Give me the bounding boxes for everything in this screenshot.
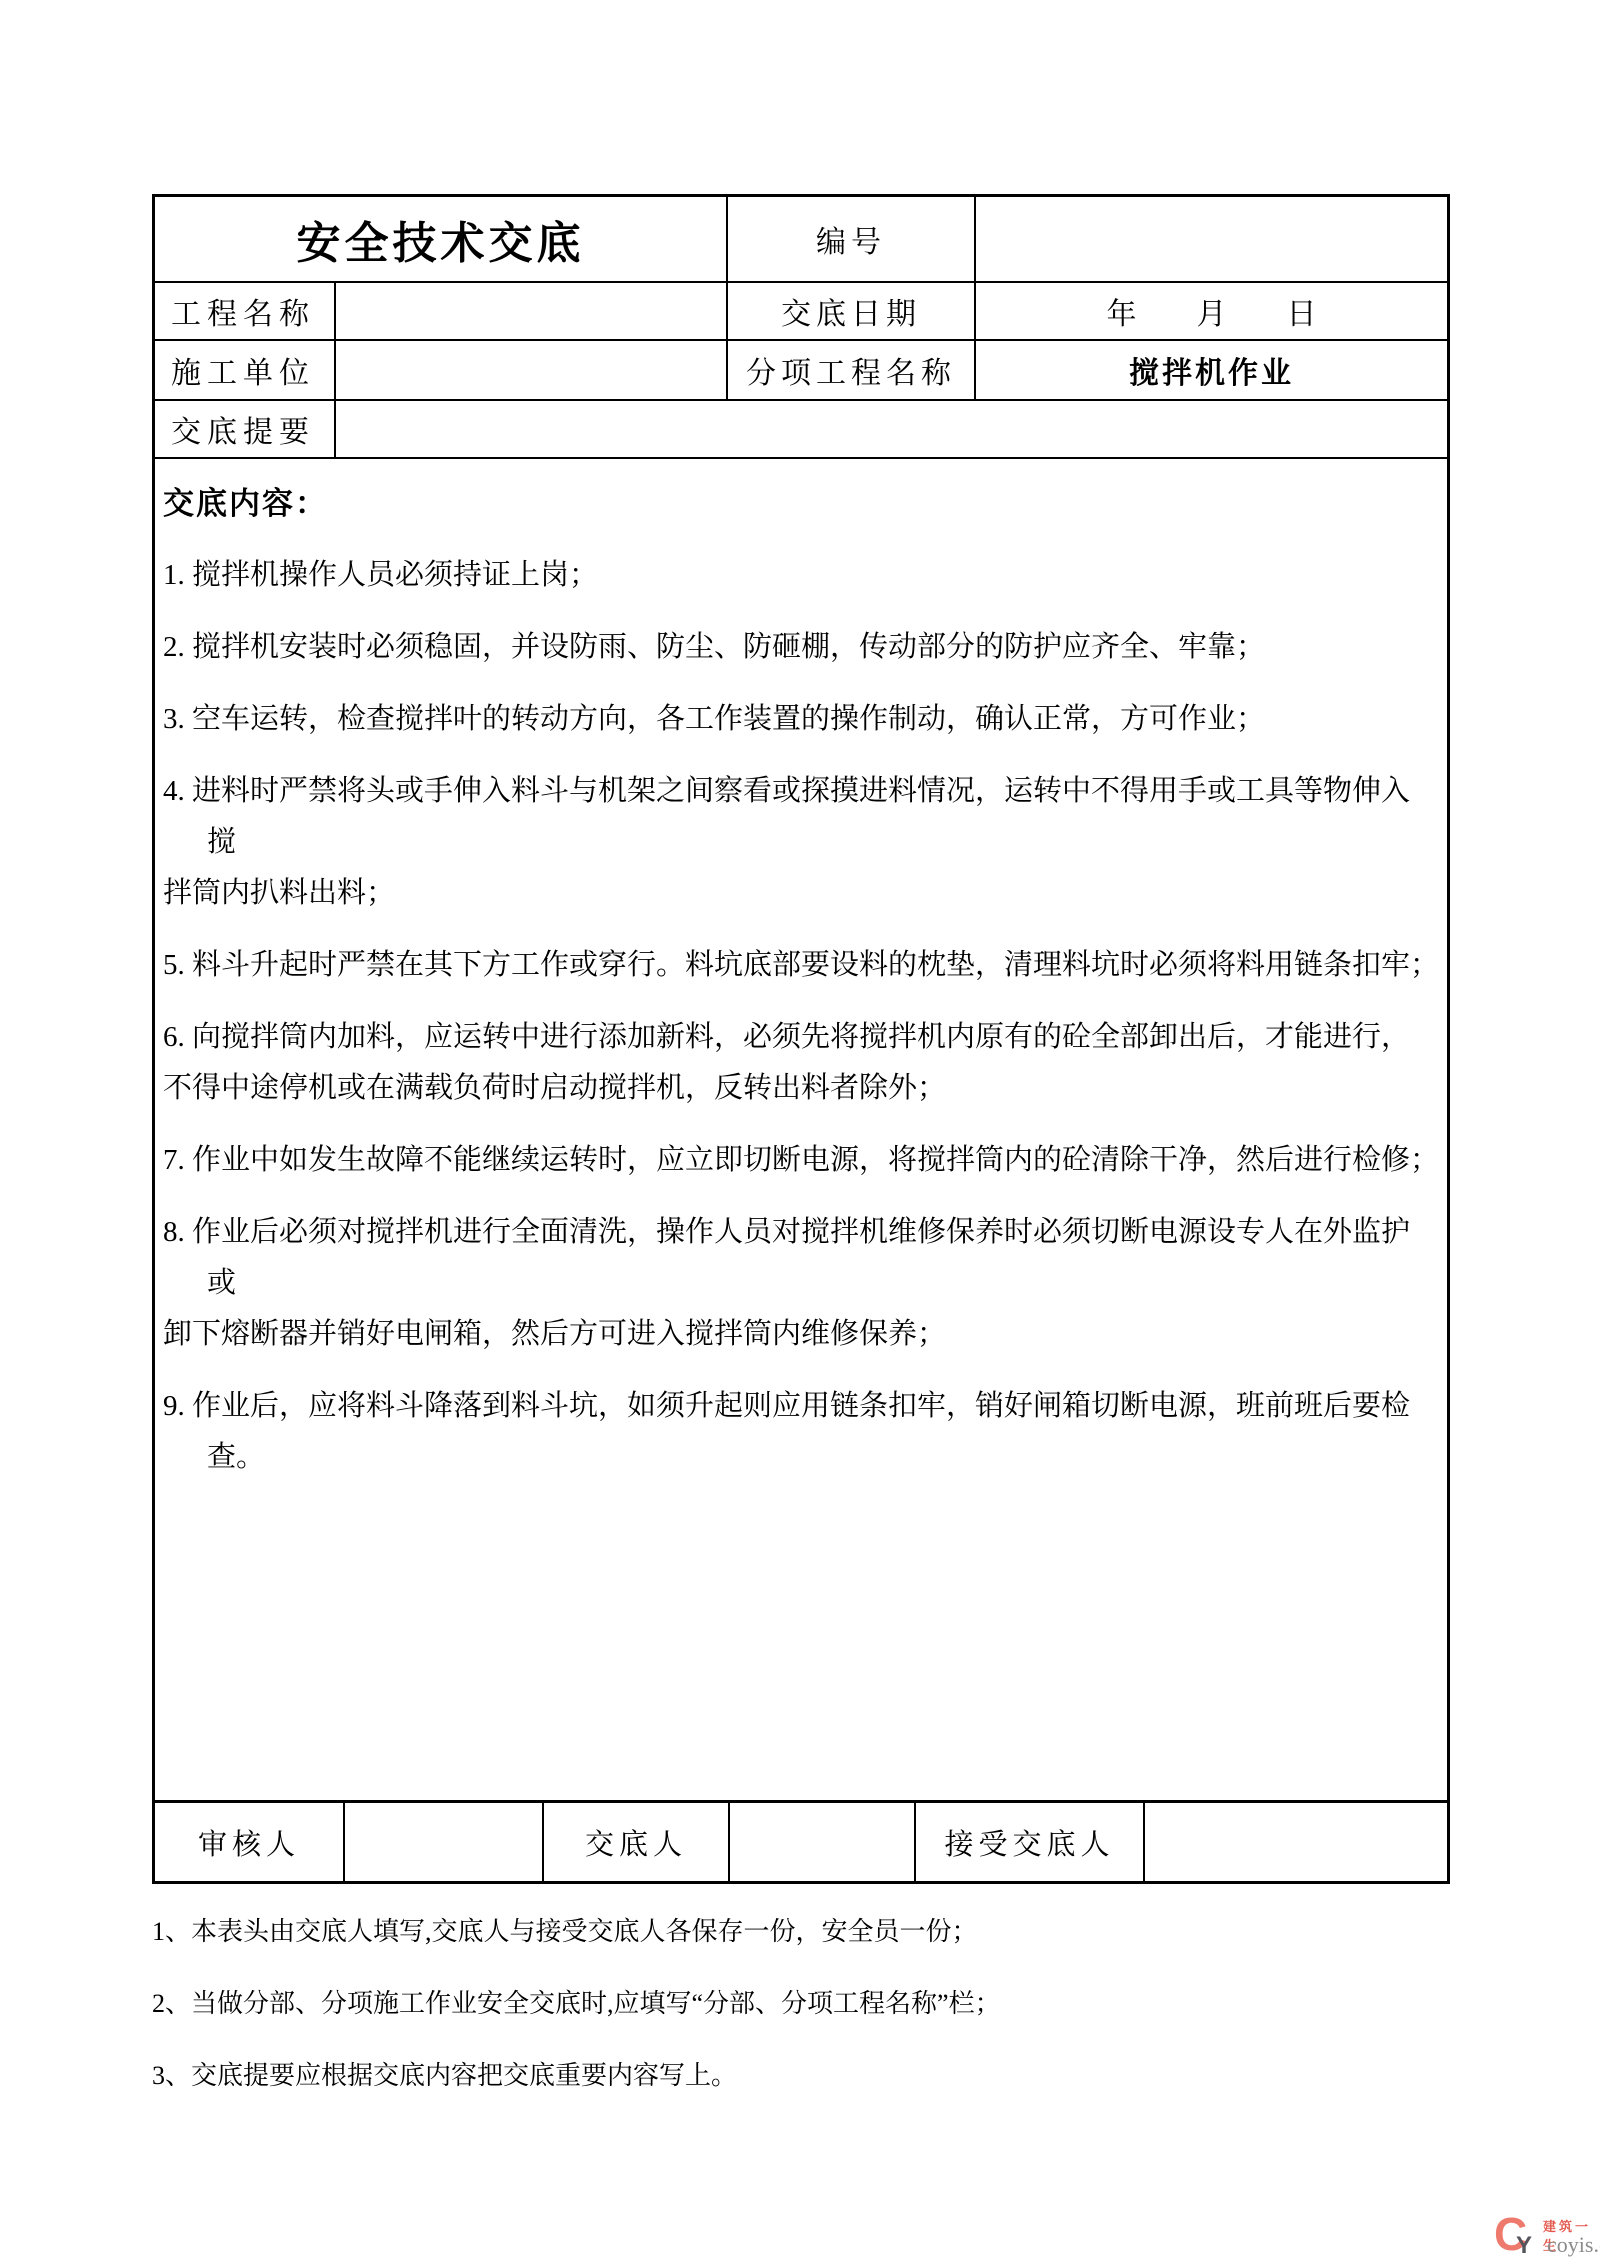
safety-disclosure-form: 安全技术交底 编号 工程名称 交底日期 年 月 日 施工单位 分项工程名称 搅拌… [152,194,1450,1884]
date-label: 交底日期 [728,283,976,341]
content-line: 查。 [163,1432,1435,1483]
receiver-label: 接受交底人 [916,1803,1145,1881]
disclosure-content-cell: 交底内容： 1. 搅拌机操作人员必须持证上岗；2. 搅拌机安装时必须稳固，并设防… [155,459,1447,1803]
construction-unit-label: 施工单位 [155,341,336,401]
receiver-value-cell [1145,1803,1447,1881]
discloser-label: 交底人 [544,1803,730,1881]
content-line: 不得中途停机或在满载负荷时启动搅拌机，反转出料者除外； [163,1063,1435,1114]
no-label: 编号 [728,197,976,283]
watermark-domain: coyis.com [1547,2232,1600,2258]
reviewer-label: 审核人 [155,1803,345,1881]
content-line: 7. 作业中如发生故障不能继续运转时，应立即切断电源，将搅拌筒内的砼清除干净，然… [163,1135,1435,1186]
content-line: 卸下熔断器并销好电闸箱，然后方可进入搅拌筒内维修保养； [163,1309,1435,1360]
content-line: 2. 搅拌机安装时必须稳固，并设防雨、防尘、防砸棚，传动部分的防护应齐全、牢靠； [163,622,1435,673]
content-lines: 1. 搅拌机操作人员必须持证上岗；2. 搅拌机安装时必须稳固，并设防雨、防尘、防… [163,550,1435,1483]
content-line: 5. 料斗升起时严禁在其下方工作或穿行。料坑底部要设料的枕垫，清理料坑时必须将料… [163,940,1435,991]
project-name-value-cell [336,283,728,341]
signature-row: 审核人 交底人 接受交底人 [155,1803,1447,1881]
discloser-value-cell [730,1803,916,1881]
content-line: 搅 [163,817,1435,868]
subproject-label: 分项工程名称 [728,341,976,401]
footer-note: 2、当做分部、分项施工作业安全交底时,应填写“分部、分项工程名称”栏； [152,1968,1452,2040]
coyis-watermark-link[interactable]: C Y 建筑一生 coyis.com [1494,2212,1600,2262]
footer-note: 3、交底提要应根据交底内容把交底重要内容写上。 [152,2040,1452,2112]
construction-unit-value-cell [336,341,728,401]
content-line: 1. 搅拌机操作人员必须持证上岗； [163,550,1435,601]
coyis-logo-y-icon: Y [1516,2232,1532,2260]
content-line: 9. 作业后，应将料斗降落到料斗坑，如须升起则应用链条扣牢，销好闸箱切断电源，班… [163,1381,1435,1432]
footer-note: 1、本表头由交底人填写,交底人与接受交底人各保存一份，安全员一份； [152,1896,1452,1968]
summary-label: 交底提要 [155,401,336,459]
form-title: 安全技术交底 [155,197,728,283]
subproject-value: 搅拌机作业 [976,341,1447,401]
content-line: 拌筒内扒料出料； [163,868,1435,919]
footer-notes: 1、本表头由交底人填写,交底人与接受交底人各保存一份，安全员一份；2、当做分部、… [152,1896,1452,2112]
project-name-label: 工程名称 [155,283,336,341]
content-line: 或 [163,1258,1435,1309]
reviewer-value-cell [345,1803,544,1881]
summary-value-cell [336,401,1447,459]
content-line: 3. 空车运转，检查搅拌叶的转动方向，各工作装置的操作制动，确认正常，方可作业； [163,694,1435,745]
content-line: 6. 向搅拌筒内加料，应运转中进行添加新料，必须先将搅拌机内原有的砼全部卸出后，… [163,1012,1435,1063]
content-line: 4. 进料时严禁将头或手伸入料斗与机架之间察看或探摸进料情况，运转中不得用手或工… [163,766,1435,817]
content-heading: 交底内容： [163,479,1435,529]
no-value-cell [976,197,1447,283]
content-line: 8. 作业后必须对搅拌机进行全面清洗，操作人员对搅拌机维修保养时必须切断电源设专… [163,1207,1435,1258]
date-value-cell: 年 月 日 [976,283,1447,341]
